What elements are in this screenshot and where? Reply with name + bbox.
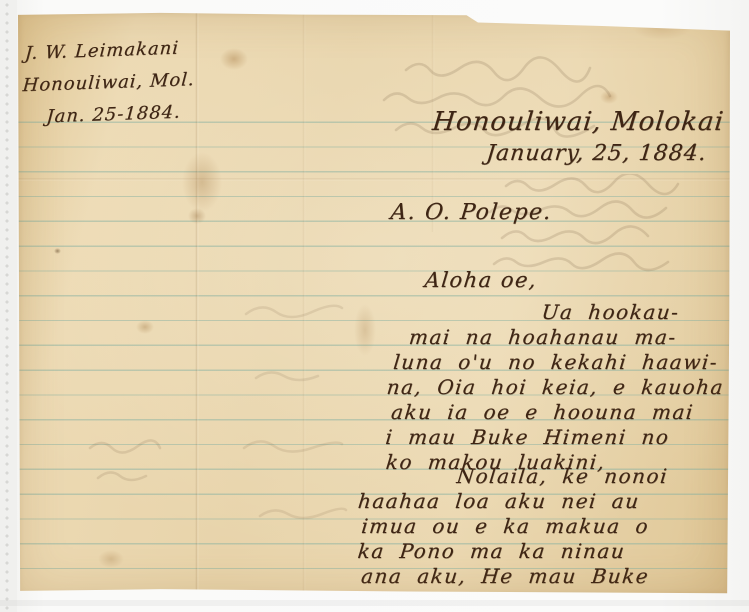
body-line: luna o'u no kekahi haawi-: [392, 350, 728, 375]
letterhead-date: January, 25, 1884.: [428, 138, 709, 169]
body-line: i mau Buke Himeni no: [384, 425, 720, 450]
salutation-line: Aloha oe,: [423, 268, 538, 292]
horizontal-fold-crease: [18, 178, 730, 181]
annotation-date: Jan. 25-1884.: [45, 96, 193, 133]
foxing-stain: [220, 48, 248, 70]
annotation-block: J. W. Leimakani Honouliwai, Mol. Jan. 25…: [19, 32, 198, 134]
letter-paper: J. W. Leimakani Honouliwai, Mol. Jan. 25…: [18, 12, 730, 595]
body-line: mai na hoahanau ma-: [408, 325, 731, 350]
ink-speck: [54, 248, 61, 254]
body-line: haahaa loa aku nei au: [357, 489, 667, 514]
foxing-stain: [354, 304, 376, 356]
scanned-letter-page: J. W. Leimakani Honouliwai, Mol. Jan. 25…: [0, 0, 749, 612]
body-line: aku ia oe e hoouna mai: [390, 400, 723, 425]
vertical-fold-crease-faint: [302, 12, 306, 595]
letterhead-place: Honouliwai, Molokai: [431, 107, 726, 138]
foxing-stain: [182, 152, 222, 212]
foxing-stain: [136, 320, 154, 334]
body-line: Nolaila, ke nonoi: [455, 464, 669, 489]
foxing-stain: [188, 208, 206, 224]
vertical-fold-crease: [195, 12, 199, 595]
ghost-bleedthrough-writing: [80, 432, 170, 502]
archival-sleeve-edge: [0, 0, 17, 612]
letterhead: Honouliwai, Molokai January, 25, 1884.: [428, 107, 726, 169]
foxing-stain: [600, 90, 618, 104]
ghost-bleedthrough-writing: [226, 298, 356, 568]
recipient-line: A. O. Polepe.: [389, 200, 553, 225]
scan-shadow-band: [0, 600, 749, 606]
body-line: ka Pono ma ka ninau: [356, 539, 661, 564]
body-line: ana aku, He mau Buke: [360, 564, 659, 589]
foxing-stain: [632, 14, 692, 40]
body-line: na, Oia hoi keia, e kauoha: [385, 375, 725, 400]
foxing-stain: [98, 550, 124, 568]
body-paragraph-1: Ua hookau- mai na hoahanau ma- luna o'u …: [378, 300, 734, 475]
body-line: Ua hookau-: [540, 300, 733, 325]
body-line: imua ou e ka makua o: [360, 514, 664, 539]
body-paragraph-2: Nolaila, ke nonoi haahaa loa aku nei au …: [347, 464, 669, 589]
